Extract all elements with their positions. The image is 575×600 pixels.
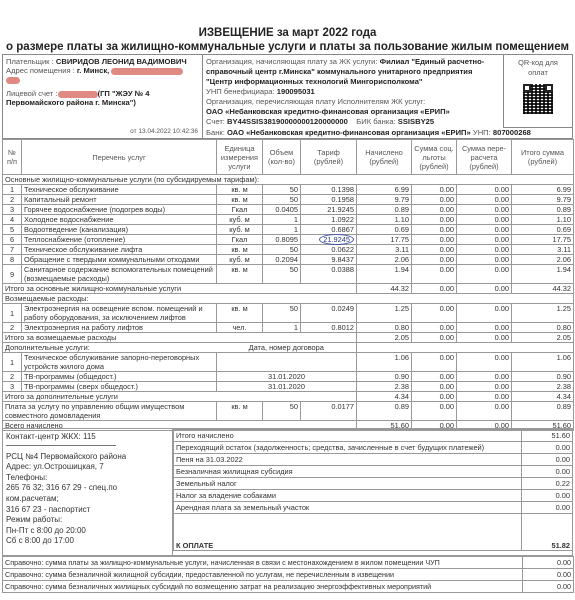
service-total: 0.69 [512, 225, 574, 235]
service-unit: кв. м [217, 245, 263, 255]
tariff-value: 0.8012 [331, 323, 354, 332]
qr-label: QR-код для оплат [504, 58, 572, 78]
service-charged: 1.10 [357, 215, 412, 225]
extra-services-total-label: Итого за дополнительные услуги [3, 392, 357, 402]
charging-org-label: Организация, начисляющая плату за ЖК усл… [206, 57, 377, 66]
service-charged: 2.06 [357, 255, 412, 265]
summary-label: Налог за владение собаками [174, 490, 522, 502]
service-tariff: 0.1958 [301, 195, 357, 205]
reimbursed-total-benefit: 0.00 [412, 333, 457, 343]
reference-table: Справочно: сумма платы за жилищно-коммун… [2, 556, 574, 593]
service-charged: 1.94 [357, 265, 412, 284]
bank-unp-value: 807000268 [493, 128, 531, 137]
service-benefit: 0.00 [412, 323, 457, 333]
service-total: 9.79 [512, 195, 574, 205]
service-unit: кв. м [217, 304, 263, 323]
bank-row: Банк: ОАО «Небанковская кредитно-финансо… [203, 128, 572, 138]
service-total: 6.99 [512, 185, 574, 195]
main-services-total: Итого за основные жилищно-коммунальные у… [3, 284, 574, 294]
service-total: 2.38 [512, 382, 574, 392]
account-org: (ГП "ЖЭУ № 4 [98, 89, 150, 98]
service-benefit: 0.00 [412, 382, 457, 392]
contact-divider [6, 445, 116, 446]
extra-services-total-recalc: 0.00 [457, 392, 512, 402]
service-benefit: 0.00 [412, 372, 457, 382]
service-charged: 0.69 [357, 225, 412, 235]
service-volume: 50 [263, 304, 301, 323]
service-tariff: 0.0249 [301, 304, 357, 323]
extra-services-total-benefit: 0.00 [412, 392, 457, 402]
contact-phones-3: 316 67 23 - паспортист [6, 505, 169, 516]
service-benefit: 0.00 [412, 255, 457, 265]
tariff-value: 0.0388 [331, 265, 354, 274]
section-reimbursed: Возмещаемые расходы: [3, 294, 574, 304]
contact-block: Контакт-центр ЖКХ: 115 РСЦ №4 Первомайск… [3, 429, 173, 555]
contact-center: Контакт-центр ЖКХ: 115 [6, 432, 169, 443]
tariff-value: 0.6867 [331, 225, 354, 234]
service-recalc: 0.00 [457, 235, 512, 245]
service-charged: 1.06 [357, 353, 412, 372]
service-volume: 1 [263, 215, 301, 225]
service-charged: 1.25 [357, 304, 412, 323]
col-header-charged: Начислено (рублей) [357, 140, 412, 175]
service-total: 3.11 [512, 245, 574, 255]
service-recalc: 0.00 [457, 402, 512, 421]
service-name: ТВ-программы (сверх общедост.) [22, 382, 217, 392]
summary-value: 0.00 [522, 442, 573, 454]
unp-value: 190095031 [277, 87, 315, 96]
transfer-org-name: ОАО «Небанковская кредитно-финансовая ор… [206, 107, 500, 117]
transfer-org-label: Организация, перечисляющая плату Исполни… [206, 97, 500, 107]
service-recalc: 0.00 [457, 353, 512, 372]
management-row: Плата за услугу по управлению общим имущ… [3, 402, 574, 421]
contact-office: РСЦ №4 Первомайского района [6, 452, 169, 463]
summary-value: 0.22 [522, 478, 573, 490]
service-name: Теплоснабжение (отопление) [22, 235, 217, 245]
summary-row: Итого начислено51.60 [174, 430, 573, 442]
main-services-total-label: Итого за основные жилищно-коммунальные у… [3, 284, 357, 294]
reimbursed-total-recalc: 0.00 [457, 333, 512, 343]
notice-header: Плательщик : СВИРИДОВ ЛЕОНИД ВАДИМОВИЧ А… [2, 54, 573, 139]
row-number: 7 [3, 245, 22, 255]
summary-value: 0.00 [522, 502, 573, 514]
service-volume: 50 [263, 185, 301, 195]
contact-phones-2: ком.расчетам; [6, 494, 169, 505]
summary-row: Налог за владение собаками0.00 [174, 490, 573, 502]
service-benefit: 0.00 [412, 402, 457, 421]
summary-label: Безналичная жилищная субсидия [174, 466, 522, 478]
summary-value: 51.60 [522, 430, 573, 442]
row-number: 1 [3, 353, 22, 372]
reimbursed-total: Итого за возмещаемые расходы2.050.000.00… [3, 333, 574, 343]
contract-date [217, 353, 357, 372]
service-recalc: 0.00 [457, 195, 512, 205]
service-unit: чел. [217, 323, 263, 333]
row-number: 2 [3, 372, 22, 382]
summary-label: Земельный налог [174, 478, 522, 490]
service-benefit: 0.00 [412, 304, 457, 323]
account-org-line2: Первомайского района г. Минска") [6, 98, 199, 107]
service-tariff: 21.9245 [301, 235, 357, 245]
service-charged: 0.80 [357, 323, 412, 333]
section-main-services: Основные жилищно-коммунальные услуги (по… [3, 175, 574, 185]
reference-row: Справочно: сумма платы за жилищно-коммун… [3, 557, 574, 569]
section-extra-label: Дополнительные услуги: [3, 343, 217, 353]
contact-hours-1: Пн-Пт с 8:00 до 20:00 [6, 526, 169, 537]
payer-name: СВИРИДОВ ЛЕОНИД ВАДИМОВИЧ [56, 57, 187, 66]
row-number: 3 [3, 205, 22, 215]
col-header-unit: Единица измерения услуги [217, 140, 263, 175]
main-services-total-recalc: 0.00 [457, 284, 512, 294]
table-row: 1Электроэнергия на освещение вспом. поме… [3, 304, 574, 323]
service-name: Техническое обслуживание [22, 185, 217, 195]
bottom-section: Контакт-центр ЖКХ: 115 РСЦ №4 Первомайск… [2, 428, 573, 556]
reimbursed-total-total: 2.05 [512, 333, 574, 343]
summary-table: Итого начислено51.60Переходящий остаток … [173, 429, 573, 551]
table-row: 5Водоотведение (канализация)куб. м10.686… [3, 225, 574, 235]
service-unit: Гкал [217, 205, 263, 215]
redacted-address-cont [6, 77, 20, 84]
service-volume: 0.8095 [263, 235, 301, 245]
service-recalc: 0.00 [457, 382, 512, 392]
contact-hours-label: Режим работы: [6, 515, 169, 526]
service-volume: 1 [263, 323, 301, 333]
service-tariff: 0.0177 [301, 402, 357, 421]
col-header-service: Перечень услуг [22, 140, 217, 175]
contact-address: Адрес: ул.Острошицкая, 7 [6, 462, 169, 473]
row-number: 3 [3, 382, 22, 392]
service-volume: 50 [263, 245, 301, 255]
service-volume: 50 [263, 265, 301, 284]
service-volume: 1 [263, 225, 301, 235]
service-charged: 9.79 [357, 195, 412, 205]
service-name: Электроэнергия на работу лифтов [22, 323, 217, 333]
reimbursed-total-label: Итого за возмещаемые расходы [3, 333, 357, 343]
service-tariff: 9.8437 [301, 255, 357, 265]
payer-block: Плательщик : СВИРИДОВ ЛЕОНИД ВАДИМОВИЧ А… [3, 55, 203, 138]
service-total: 0.80 [512, 323, 574, 333]
service-total: 1.94 [512, 265, 574, 284]
qr-block: QR-код для оплат [503, 55, 572, 128]
service-volume: 0.0405 [263, 205, 301, 215]
summary-row: Безналичная жилищная субсидия0.00 [174, 466, 573, 478]
service-tariff: 0.8012 [301, 323, 357, 333]
service-benefit: 0.00 [412, 225, 457, 235]
address-city: г. Минск, [77, 66, 109, 75]
reference-value: 0.00 [523, 581, 574, 593]
amount-due-row: К ОПЛАТЕ51.82 [174, 514, 573, 551]
summary-value: 0.00 [522, 490, 573, 502]
bank-account-label: Счет: [206, 117, 225, 126]
tariff-value: 21.9245 [327, 205, 354, 214]
organization-block: Организация, начисляющая плату за ЖК усл… [203, 55, 503, 138]
service-tariff: 1.0922 [301, 215, 357, 225]
reference-label: Справочно: сумма безналичных жилищных су… [3, 581, 523, 593]
service-recalc: 0.00 [457, 265, 512, 284]
service-name: Плата за услугу по управлению общим имущ… [3, 402, 217, 421]
service-tariff: 21.9245 [301, 205, 357, 215]
service-total: 1.06 [512, 353, 574, 372]
contact-phones-label: Телефоны: [6, 473, 169, 484]
service-total: 0.89 [512, 402, 574, 421]
reimbursed-total-charged: 2.05 [357, 333, 412, 343]
bank-value: ОАО «Небанковская кредитно-финансовая ор… [227, 128, 471, 137]
service-benefit: 0.00 [412, 205, 457, 215]
row-number: 5 [3, 225, 22, 235]
reference-value: 0.00 [523, 557, 574, 569]
tariff-value: 0.0622 [331, 245, 354, 254]
service-unit: кв. м [217, 195, 263, 205]
table-row: 9Санитарное содержание вспомогательных п… [3, 265, 574, 284]
service-name: Капитальный ремонт [22, 195, 217, 205]
row-number: 9 [3, 265, 22, 284]
col-header-tariff: Тариф (рублей) [301, 140, 357, 175]
service-tariff: 0.6867 [301, 225, 357, 235]
services-table: № п/п Перечень услуг Единица измерения у… [2, 139, 574, 431]
reference-label: Справочно: сумма безналичной жилищной су… [3, 569, 523, 581]
summary-label: Арендная плата за земельный участок [174, 502, 522, 514]
service-benefit: 0.00 [412, 215, 457, 225]
service-unit: Гкал [217, 235, 263, 245]
row-number: 1 [3, 185, 22, 195]
service-charged: 3.11 [357, 245, 412, 255]
summary-row: Земельный налог0.22 [174, 478, 573, 490]
table-header-row: № п/п Перечень услуг Единица измерения у… [3, 140, 574, 175]
table-row: 2Капитальный ремонткв. м500.19589.790.00… [3, 195, 574, 205]
date-stamp: от 13.04.2022 10:42:36 [130, 128, 198, 135]
service-name: Водоотведение (канализация) [22, 225, 217, 235]
reference-row: Справочно: сумма безналичных жилищных су… [3, 581, 574, 593]
service-charged: 17.75 [357, 235, 412, 245]
service-name: Горячее водоснабжение (подогрев воды) [22, 205, 217, 215]
section-reimbursed-label: Возмещаемые расходы: [3, 294, 574, 304]
summary-row: Переходящий остаток (задолженность; сред… [174, 442, 573, 454]
contract-date: 31.01.2020 [217, 382, 357, 392]
contract-date: 31.01.2020 [217, 372, 357, 382]
service-unit: куб. м [217, 215, 263, 225]
service-charged: 0.90 [357, 372, 412, 382]
bik-label: БИК банка: [356, 117, 395, 126]
row-number: 8 [3, 255, 22, 265]
service-unit: кв. м [217, 185, 263, 195]
tariff-value: 0.1958 [331, 195, 354, 204]
row-number: 2 [3, 195, 22, 205]
col-header-volume: Объем (кол-во) [263, 140, 301, 175]
service-recalc: 0.00 [457, 323, 512, 333]
redacted-address [111, 68, 183, 75]
service-unit: кв. м [217, 265, 263, 284]
table-row: 1Техническое обслуживаниекв. м500.13986.… [3, 185, 574, 195]
amount-due-value: 51.82 [522, 514, 573, 551]
account-label: Лицевой счет : [6, 89, 58, 98]
service-name: Холодное водоснабжение [22, 215, 217, 225]
service-recalc: 0.00 [457, 255, 512, 265]
payer-label: Плательщик : [6, 57, 54, 66]
summary-label: Переходящий остаток (задолженность; сред… [174, 442, 522, 454]
service-recalc: 0.00 [457, 372, 512, 382]
summary-row: Пеня на 31.03.20220.00 [174, 454, 573, 466]
reference-value: 0.00 [523, 569, 574, 581]
service-unit: куб. м [217, 225, 263, 235]
service-name: ТВ-программы (общедост.) [22, 372, 217, 382]
main-services-total-charged: 44.32 [357, 284, 412, 294]
service-name: Электроэнергия на освещение вспом. помещ… [22, 304, 217, 323]
service-recalc: 0.00 [457, 205, 512, 215]
table-row: 4Холодное водоснабжениекуб. м11.09221.10… [3, 215, 574, 225]
service-charged: 2.38 [357, 382, 412, 392]
service-charged: 6.99 [357, 185, 412, 195]
summary-value: 0.00 [522, 466, 573, 478]
bik-value: SSISBY25 [398, 117, 434, 126]
col-header-total: Итого сумма (рублей) [512, 140, 574, 175]
service-recalc: 0.00 [457, 304, 512, 323]
table-row: 3ТВ-программы (сверх общедост.)31.01.202… [3, 382, 574, 392]
service-benefit: 0.00 [412, 245, 457, 255]
service-name: Техническое обслуживание лифта [22, 245, 217, 255]
service-tariff: 0.1398 [301, 185, 357, 195]
service-benefit: 0.00 [412, 185, 457, 195]
notice-subtitle: о размере платы за жилищно-коммунальные … [0, 41, 575, 53]
col-header-benefit: Сумма соц. льготы (рублей) [412, 140, 457, 175]
unp-label: УНП бенефициара: [206, 87, 275, 96]
bank-account-value: BY44SSIS38190000000120000000 [227, 117, 348, 126]
section-extra-spacer [357, 343, 574, 353]
section-main-services-label: Основные жилищно-коммунальные услуги (по… [3, 175, 574, 185]
service-total: 0.89 [512, 205, 574, 215]
notice-title: ИЗВЕЩЕНИЕ за март 2022 года [0, 27, 575, 39]
service-tariff: 0.0388 [301, 265, 357, 284]
tariff-value: 1.0922 [331, 215, 354, 224]
service-unit: кв. м [217, 402, 263, 421]
service-charged: 0.89 [357, 205, 412, 215]
row-number: 6 [3, 235, 22, 245]
section-extra-services: Дополнительные услуги:Дата, номер догово… [3, 343, 574, 353]
service-recalc: 0.00 [457, 225, 512, 235]
service-tariff: 0.0622 [301, 245, 357, 255]
service-benefit: 0.00 [412, 195, 457, 205]
table-row: 2ТВ-программы (общедост.)31.01.20200.900… [3, 372, 574, 382]
service-name: Санитарное содержание вспомогательных по… [22, 265, 217, 284]
tariff-value: 0.0249 [331, 304, 354, 313]
col-header-recalc: Сумма пере-расчета (рублей) [457, 140, 512, 175]
service-volume: 0.2094 [263, 255, 301, 265]
service-volume: 50 [263, 195, 301, 205]
bank-unp-label: УНП: [473, 128, 491, 137]
reference-row: Справочно: сумма безналичной жилищной су… [3, 569, 574, 581]
table-row: 7Техническое обслуживание лифтакв. м500.… [3, 245, 574, 255]
service-benefit: 0.00 [412, 353, 457, 372]
qr-code-icon[interactable] [523, 84, 553, 114]
service-total: 2.06 [512, 255, 574, 265]
table-row: 6Теплоснабжение (отопление)Гкал0.809521.… [3, 235, 574, 245]
main-services-total-total: 44.32 [512, 284, 574, 294]
reference-label: Справочно: сумма платы за жилищно-коммун… [3, 557, 523, 569]
amount-due-label: К ОПЛАТЕ [174, 514, 522, 551]
service-benefit: 0.00 [412, 265, 457, 284]
service-charged: 0.89 [357, 402, 412, 421]
table-row: 1Техническое обслуживание запорно-перего… [3, 353, 574, 372]
extra-services-total: Итого за дополнительные услуги4.340.000.… [3, 392, 574, 402]
extra-services-total-total: 4.34 [512, 392, 574, 402]
service-name: Техническое обслуживание запорно-перегов… [22, 353, 217, 372]
service-unit: куб. м [217, 255, 263, 265]
contact-phones-1: 265 76 32; 316 67 29 - спец.по [6, 483, 169, 494]
row-number: 4 [3, 215, 22, 225]
tariff-value: 9.8437 [331, 255, 354, 264]
summary-value: 0.00 [522, 454, 573, 466]
service-total: 1.25 [512, 304, 574, 323]
bank-label: Банк: [206, 128, 225, 137]
service-total: 1.10 [512, 215, 574, 225]
main-services-total-benefit: 0.00 [412, 284, 457, 294]
service-volume: 50 [263, 402, 301, 421]
row-number: 1 [3, 304, 22, 323]
col-header-number: № п/п [3, 140, 22, 175]
redacted-account [58, 91, 98, 98]
row-number: 2 [3, 323, 22, 333]
service-total: 0.90 [512, 372, 574, 382]
contact-hours-2: Сб с 8:00 до 17:00 [6, 536, 169, 547]
tariff-value: 0.1398 [331, 185, 354, 194]
summary-label: Пеня на 31.03.2022 [174, 454, 522, 466]
table-row: 2Электроэнергия на работу лифтовчел.10.8… [3, 323, 574, 333]
service-total: 17.75 [512, 235, 574, 245]
extra-services-total-charged: 4.34 [357, 392, 412, 402]
service-recalc: 0.00 [457, 245, 512, 255]
tariff-value: 21.9245 [319, 234, 354, 245]
contract-column-header: Дата, номер договора [217, 343, 357, 353]
service-recalc: 0.00 [457, 185, 512, 195]
summary-row: Арендная плата за земельный участок0.00 [174, 502, 573, 514]
service-name: Обращение с твердыми коммунальными отход… [22, 255, 217, 265]
table-row: 8Обращение с твердыми коммунальными отхо… [3, 255, 574, 265]
service-recalc: 0.00 [457, 215, 512, 225]
service-benefit: 0.00 [412, 235, 457, 245]
summary-label: Итого начислено [174, 430, 522, 442]
address-label: Адрес помещения : [6, 66, 75, 75]
table-row: 3Горячее водоснабжение (подогрев воды)Гк… [3, 205, 574, 215]
